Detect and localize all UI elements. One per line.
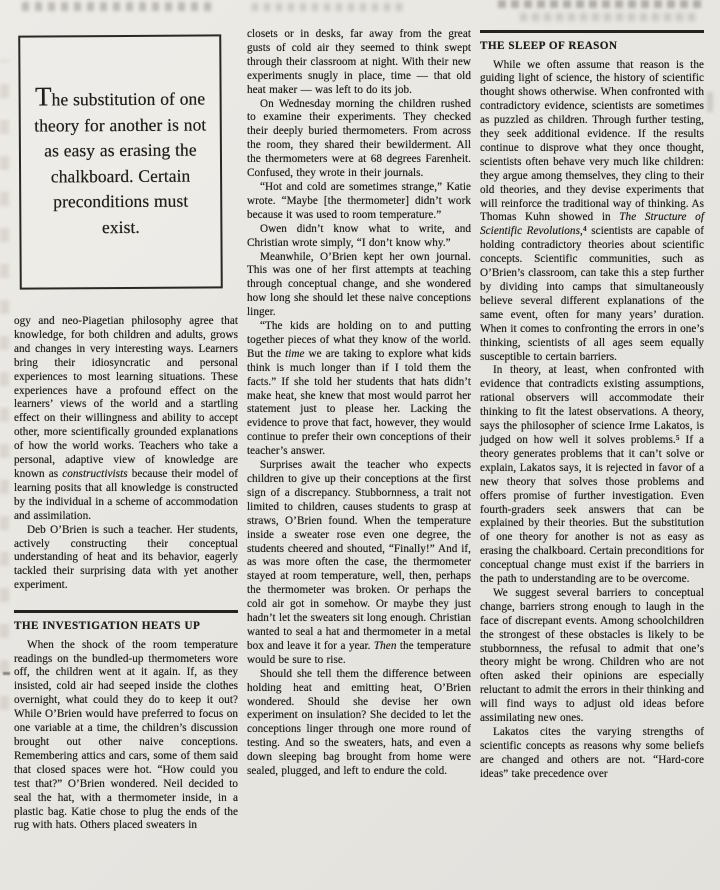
- paragraph: Meanwhile, O’Brien kept her own journal.…: [247, 251, 471, 321]
- section-rule: [480, 30, 704, 33]
- paragraph: Surprises await the teacher who expects …: [247, 459, 471, 668]
- column-middle: closets or in desks, far away from the g…: [247, 28, 471, 833]
- scan-artifact: [520, 13, 700, 21]
- paragraph: “Hot and cold are sometimes strange,” Ka…: [247, 181, 471, 223]
- scan-artifact: [252, 3, 402, 11]
- paragraph: Lakatos cites the varying strengths of s…: [480, 726, 704, 782]
- scan-artifact: [707, 92, 713, 112]
- scan-artifact: [3, 672, 10, 675]
- pull-quote-text: The substitution of one theory for anoth…: [34, 83, 208, 240]
- paragraph: When the shock of the room temperature r…: [14, 639, 238, 834]
- scan-artifact: [0, 60, 9, 710]
- article-columns: The substitution of one theory for anoth…: [14, 28, 705, 833]
- column-right: THE SLEEP OF REASON While we often assum…: [480, 28, 704, 833]
- paragraph: In theory, at least, when confronted wit…: [480, 364, 704, 587]
- section-rule: [14, 610, 238, 613]
- section-investigation-heats-up: THE INVESTIGATION HEATS UP: [14, 610, 238, 633]
- pull-quote-box: The substitution of one theory for anoth…: [18, 34, 223, 289]
- paragraph: ogy and neo-Piagetian philosophy agree t…: [14, 315, 238, 524]
- section-sleep-of-reason: THE SLEEP OF REASON: [480, 30, 704, 53]
- paragraph: closets or in desks, far away from the g…: [247, 28, 471, 98]
- paragraph: While we often assume that reason is the…: [480, 59, 704, 365]
- column-left: The substitution of one theory for anoth…: [14, 28, 238, 833]
- scan-artifact: [22, 2, 212, 11]
- scanned-article-page: The substitution of one theory for anoth…: [0, 0, 720, 890]
- section-heading: THE SLEEP OF REASON: [480, 39, 704, 53]
- paragraph: Should she tell them the difference betw…: [247, 668, 471, 779]
- paragraph: We suggest several barriers to conceptua…: [480, 587, 704, 726]
- paragraph: Deb O’Brien is such a teacher. Her stude…: [14, 524, 238, 594]
- paragraph: On Wednesday morning the children rushed…: [247, 98, 471, 181]
- section-heading: THE INVESTIGATION HEATS UP: [14, 619, 238, 633]
- scan-artifact: [498, 0, 703, 8]
- paragraph: “The kids are holding on to and putting …: [247, 320, 471, 459]
- paragraph: Owen didn’t know what to write, and Chri…: [247, 223, 471, 251]
